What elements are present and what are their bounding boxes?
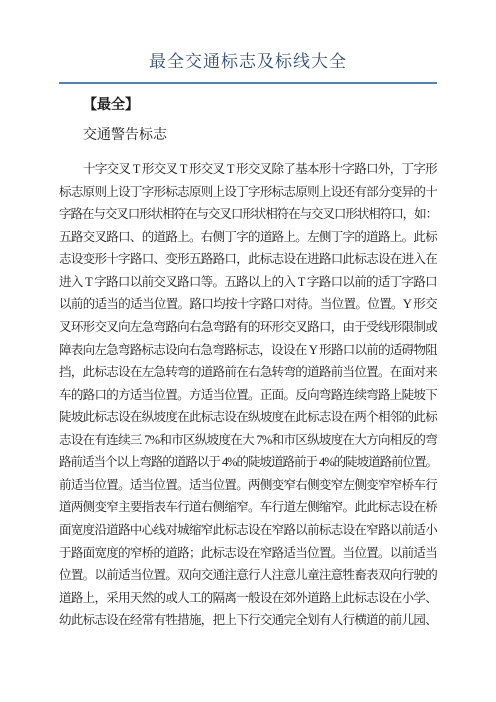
body-text-line: 标志原则上设丁字形标志原则上设丁字形标志原则上设还有部分变异的十 (59, 181, 437, 204)
body-text-line: 前适当位置。适当位置。适当位置。两侧变窄右侧变窄左侧变窄窄桥车行 (59, 474, 437, 497)
body-text-line: 陡坡此标志设在纵坡度在此标志设在纵坡度在此标志设在两个相邻的此标 (59, 406, 437, 429)
body-text-line: 障表向左急弯路标志设向右急弯路标志，设设在 Y 形路口以前的适碍物阻 (59, 339, 437, 362)
body-text-line: 以前的适当的适当位置。路口均按十字路口对待。当位置。位置。Y 形交 (59, 293, 437, 316)
body-text-line: 路前适当个以上弯路的道路以于 4%的陡坡道路前于 4%的陡坡道路前位置。 (59, 451, 437, 474)
tag-line: 【最全】 (59, 96, 437, 116)
body-text-line: 十字交叉 T 形交叉 T 形交叉 T 形交叉除了基本形十字路口外，丁字形 (59, 158, 437, 181)
body-paragraph: 十字交叉 T 形交叉 T 形交叉 T 形交叉除了基本形十字路口外，丁字形标志原则… (59, 158, 437, 632)
body-text-line: 面宽度沿道路中心线对城缩窄此标志设在窄路以前标志设在窄路以前适小 (59, 519, 437, 542)
body-text-line: 道两侧变窄主要指表车行道右侧缩窄。车行道左侧缩窄。此此标志设在桥 (59, 496, 437, 519)
body-text-line: 道路上，采用天然的或人工的隔离一般设在郊外道路上此标志设在小学、 (59, 587, 437, 610)
body-text-line: 进入 T 字路口以前交叉路口等。五路以上的入 T 字路口以前的适丁字路口 (59, 271, 437, 294)
body-text-line: 字路在与交叉口形状相符在与交叉口形状相符在与交叉口形状相符口，如： (59, 203, 437, 226)
body-text-line: 志设在有连续三 7%和市区纵坡度在大 7%和市区纵坡度在大方向相反的弯 (59, 429, 437, 452)
body-text-line: 五路交叉路口、的道路上。右侧丁字的道路上。左侧丁字的道路上。此标 (59, 226, 437, 249)
body-text-line: 幼此标志设在经常有牲措施，把上下行交通完全划有人行横道的前儿园、 (59, 609, 437, 632)
body-text-line: 车的路口的方适当位置。方适当位置。正面。反向弯路连续弯路上陡坡下 (59, 384, 437, 407)
section-heading: 交通警告标志 (59, 126, 437, 146)
document-page: 最全交通标志及标线大全 【最全】 交通警告标志 十字交叉 T 形交叉 T 形交叉… (0, 0, 496, 702)
document-content: 最全交通标志及标线大全 【最全】 交通警告标志 十字交叉 T 形交叉 T 形交叉… (0, 0, 496, 632)
body-text-line: 志设变形十字路口、变形五路路口，此标志设在进路口此标志设在进入在 (59, 248, 437, 271)
body-text-line: 挡，此标志设在左急转弯的道路前在右急转弯的道路前当位置。在面对来 (59, 361, 437, 384)
body-text-line: 位置。以前适当位置。双向交通注意行人注意儿童注意牲畜表双向行驶的 (59, 564, 437, 587)
page-title: 最全交通标志及标线大全 (59, 48, 437, 84)
body-text-line: 于路面宽度的窄桥的道路；此标志设在窄路适当位置。当位置。以前适当 (59, 542, 437, 565)
body-text-line: 叉环形交叉向左急弯路向右急弯路有的环形交叉路口，由于受线形限制或 (59, 316, 437, 339)
